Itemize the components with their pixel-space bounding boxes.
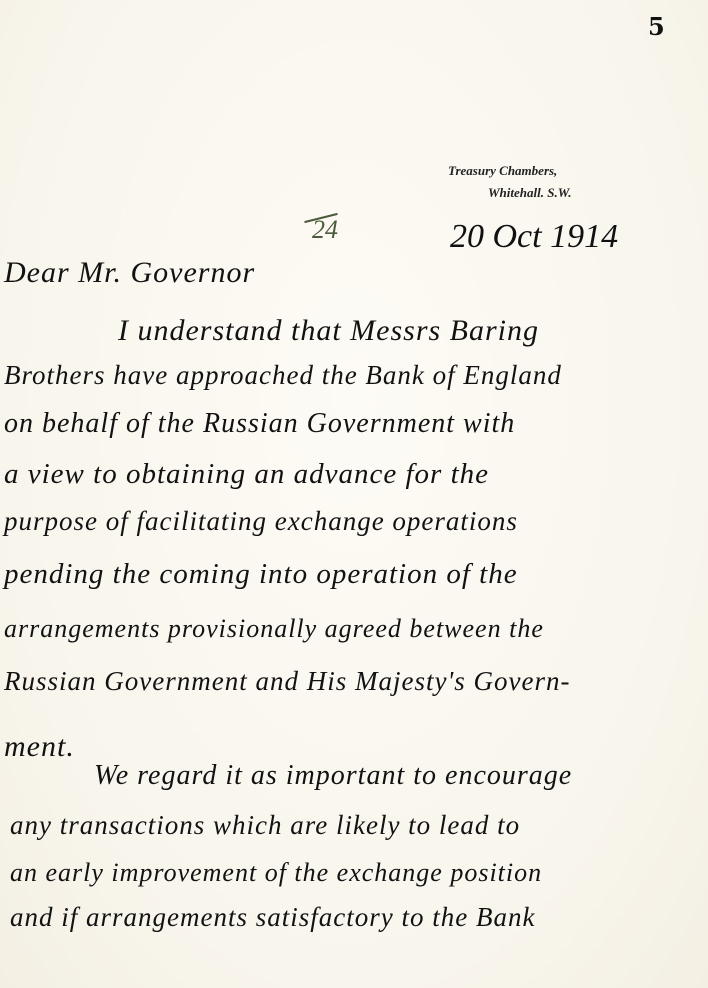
body-line: arrangements provisionally agreed betwee… [4, 614, 544, 644]
letter-date: 20 Oct 1914 [450, 218, 618, 256]
body-line: Brothers have approached the Bank of Eng… [4, 360, 562, 391]
body-line: an early improvement of the exchange pos… [10, 858, 542, 888]
body-line: any transactions which are likely to lea… [10, 810, 520, 841]
body-line: on behalf of the Russian Government with [4, 408, 515, 440]
body-line: Russian Government and His Majesty's Gov… [4, 666, 570, 697]
body-line: We regard it as important to encourage [94, 760, 572, 792]
body-line: and if arrangements satisfactory to the … [10, 902, 535, 933]
letter-page: 5 Treasury Chambers, Whitehall. S.W. 24 … [0, 0, 708, 988]
body-line: ment. [4, 730, 75, 764]
body-line: a view to obtaining an advance for the [4, 458, 489, 491]
body-line: pending the coming into operation of the [4, 558, 518, 591]
letterhead-line-2: Whitehall. S.W. [448, 182, 572, 204]
folio-number: 24 [312, 215, 338, 245]
body-line: purpose of facilitating exchange operati… [4, 506, 518, 537]
page-number: 5 [648, 12, 665, 41]
greeting: Dear Mr. Governor [4, 256, 255, 290]
letterhead-line-1: Treasury Chambers, [448, 160, 572, 182]
letterhead: Treasury Chambers, Whitehall. S.W. [448, 160, 572, 204]
body-line: I understand that Messrs Baring [118, 314, 539, 348]
